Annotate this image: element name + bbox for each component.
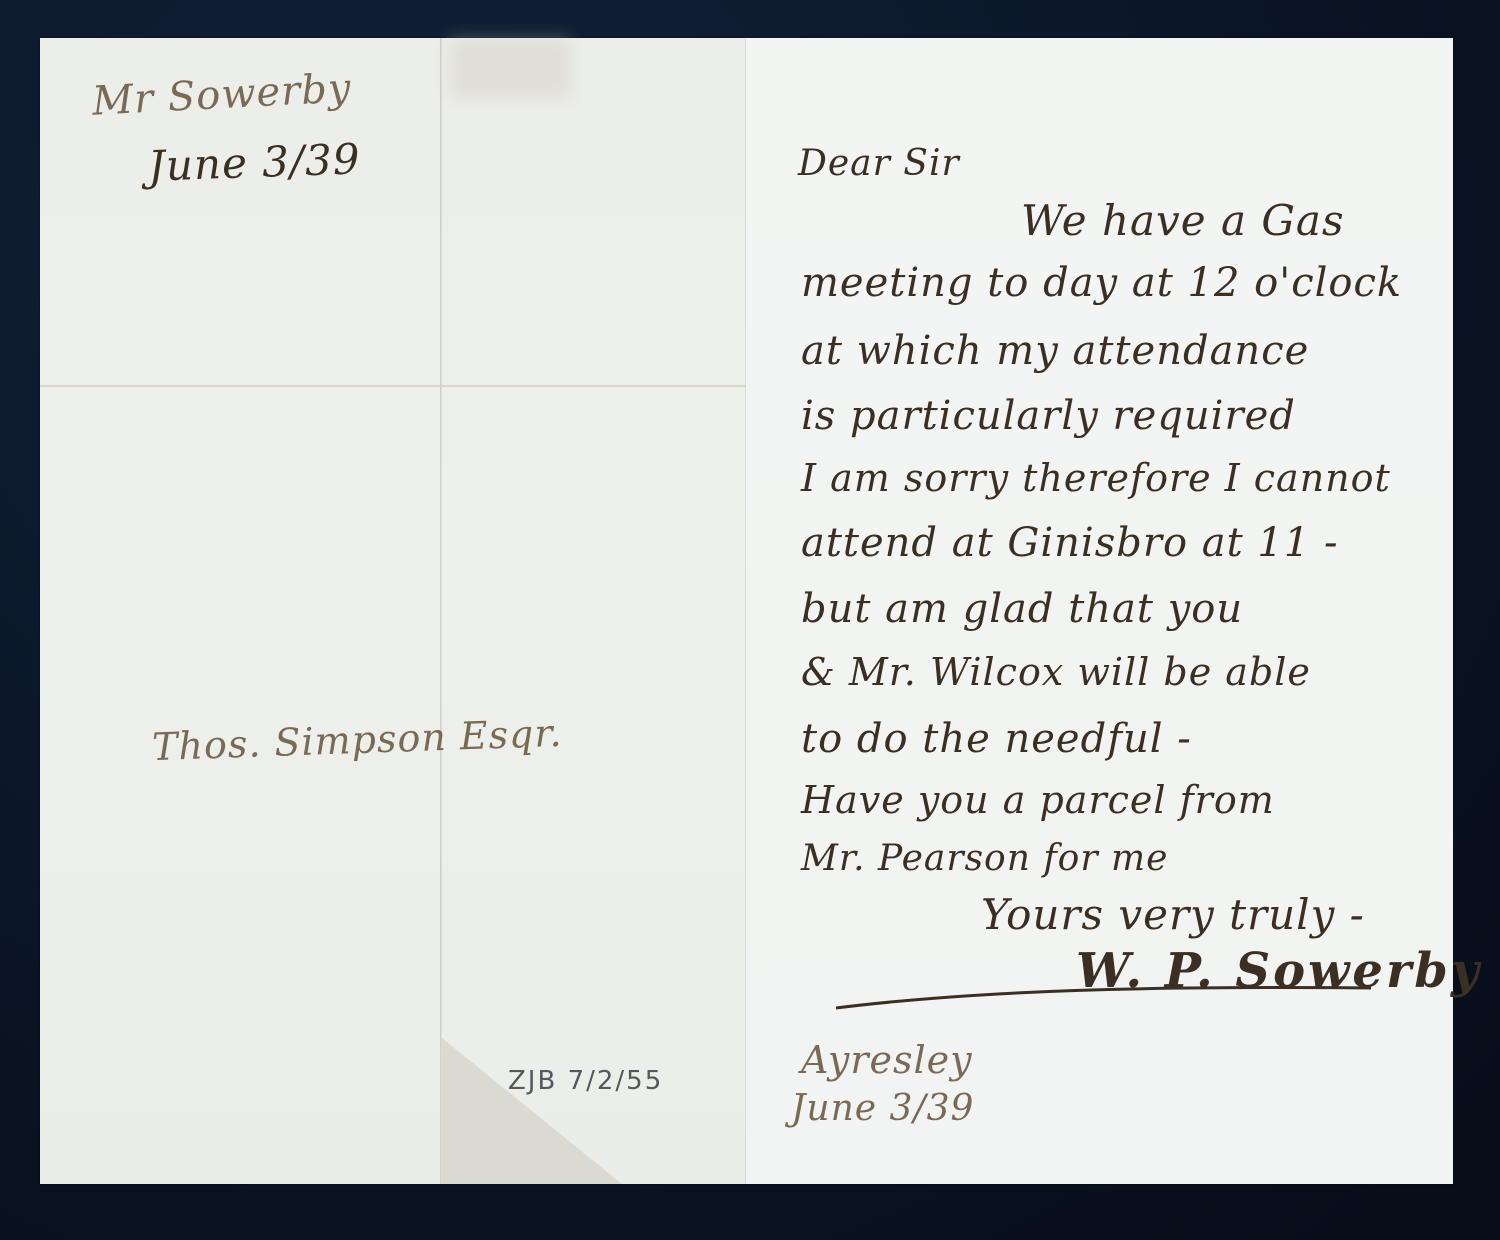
letter-line-9: to do the needful - xyxy=(801,716,1192,762)
docket-name-text: Mr Sowerby xyxy=(91,65,353,125)
letter-line-5: I am sorry therefore I cannot xyxy=(801,456,1391,500)
archive-reference: ZJB 7/2/55 xyxy=(508,1066,663,1096)
paper-stain xyxy=(450,38,570,98)
horizontal-fold-line xyxy=(40,385,745,387)
vertical-fold-line xyxy=(440,38,442,1184)
letter-line-7: but am glad that you xyxy=(801,586,1243,632)
letter-line-6: attend at Ginisbro at 11 - xyxy=(801,520,1339,566)
docket-date: June 3/39 xyxy=(147,134,361,190)
letter-line-8: & Mr. Wilcox will be able xyxy=(801,650,1311,694)
address-line: Thos. Simpson Esqr. xyxy=(151,711,563,769)
docket-name: Mr Sowerby xyxy=(91,65,353,125)
letter-line-1: We have a Gas xyxy=(1021,196,1345,245)
letter-date: June 3/39 xyxy=(791,1088,974,1129)
left-page-verso: Mr Sowerby June 3/39 Thos. Simpson Esqr.… xyxy=(40,38,745,1184)
salutation: Dear Sir xyxy=(798,143,960,184)
letter-line-10: Have you a parcel from xyxy=(801,778,1275,822)
signature-flourish-icon xyxy=(831,978,1391,1018)
letter-line-4: is particularly required xyxy=(801,393,1296,439)
closing: Yours very truly - xyxy=(981,890,1365,939)
letter-line-2: meeting to day at 12 o'clock xyxy=(801,260,1402,306)
paper-stain-corner xyxy=(442,1038,622,1184)
letter-line-11: Mr. Pearson for me xyxy=(801,838,1168,879)
right-page-recto: Dear Sir We have a Gas meeting to day at… xyxy=(745,38,1453,1184)
letter-sheet: Mr Sowerby June 3/39 Thos. Simpson Esqr.… xyxy=(40,38,1452,1184)
letter-line-3: at which my attendance xyxy=(801,328,1309,374)
place-line: Ayresley xyxy=(801,1038,973,1082)
